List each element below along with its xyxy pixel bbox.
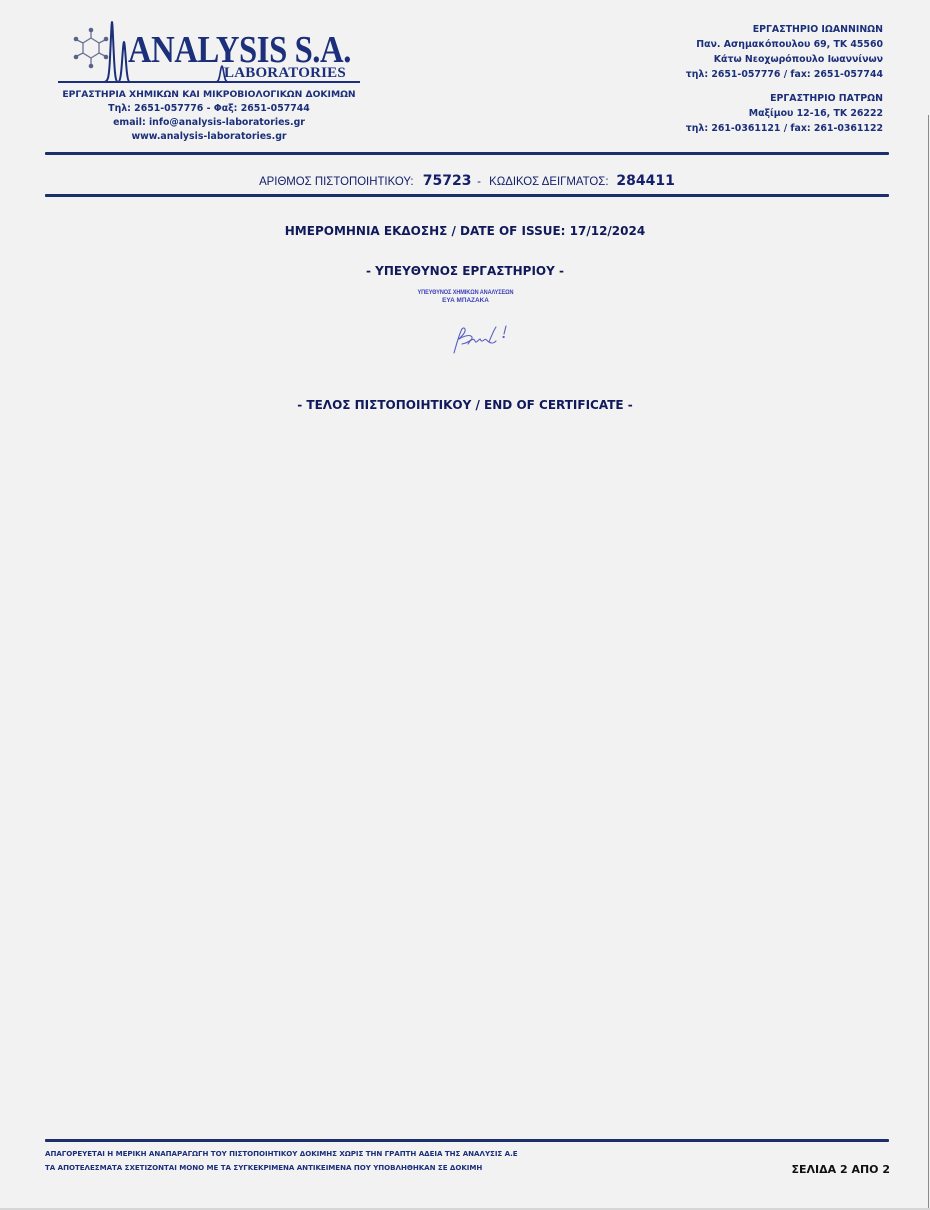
page-indicator: ΣΕΛΙΔΑ 2 ΑΠΟ 2 [791,1163,890,1176]
company-phone-fax: Τηλ: 2651-057776 - Φαξ: 2651-057744 [56,102,362,116]
lab-ioannina-address-line2: Κάτω Νεοχωρόπουλο Ιωαννίνων [686,52,883,67]
certificate-id-line: ΑΡΙΘΜΟΣ ΠΙΣΤΟΠΟΙΗΤΙΚΟΥ: 75723 - ΚΩΔΙΚΟΣ … [0,170,930,189]
certificate-number-value: 75723 [423,173,472,189]
brand-subtitle: LABORATORIES [224,65,346,82]
company-contact-info: ΕΡΓΑΣΤΗΡΙΑ ΧΗΜΙΚΩΝ ΚΑΙ ΜΙΚΡΟΒΙΟΛΟΓΙΚΩΝ Δ… [56,88,362,144]
header-divider-top [45,152,889,155]
end-of-certificate: - ΤΕΛΟΣ ΠΙΣΤΟΠΟΙΗΤΙΚΟΥ / END OF CERTIFIC… [0,398,930,412]
handwritten-signature-icon [444,322,524,356]
stamp-name: ΕΥΑ ΜΠΑΖΑΚΑ [393,297,538,305]
sample-code-value: 284411 [616,173,674,189]
lab-ioannina-name: ΕΡΓΑΣΤΗΡΙΟ ΙΩΑΝΝΙΝΩΝ [686,22,883,37]
footer-notice-line1: ΑΠΑΓΟΡΕΥΕΤΑΙ Η ΜΕΡΙΚΗ ΑΝΑΠΑΡΑΓΩΓΗ ΤΟΥ ΠΙ… [45,1147,518,1161]
footer-notice-line2: ΤΑ ΑΠΟΤΕΛΕΣΜΑΤΑ ΣΧΕΤΙΖΟΝΤΑΙ ΜΟΝΟ ΜΕ ΤΑ Σ… [45,1161,518,1175]
lab-addresses: ΕΡΓΑΣΤΗΡΙΟ ΙΩΑΝΝΙΝΩΝ Παν. Ασημακόπουλου … [686,22,883,136]
lab-ioannina-contact: τηλ: 2651-057776 / fax: 2651-057744 [686,67,883,82]
footer-divider [45,1139,889,1142]
header-divider-bottom [45,194,889,197]
page-edge [928,115,929,1208]
lab-patras-address-line1: Μαξίμου 12-16, ΤΚ 26222 [686,106,883,121]
lab-patras-name: ΕΡΓΑΣΤΗΡΙΟ ΠΑΤΡΩΝ [686,91,883,106]
certificate-separator: - [477,174,481,188]
company-website[interactable]: www.analysis-laboratories.gr [56,130,362,144]
company-logo-block: ANALYSIS S.A. LABORATORIES ΕΡΓΑΣΤΗΡΙΑ ΧΗ… [56,18,362,148]
official-stamp: ΥΠΕΥΘΥΝΟΣ ΧΗΜΙΚΩΝ ΑΝΑΛΥΣΕΩΝ ΕΥΑ ΜΠΑΖΑΚΑ [393,289,538,305]
lab-ioannina-address-line1: Παν. Ασημακόπουλου 69, ΤΚ 45560 [686,37,883,52]
company-email[interactable]: email: info@analysis-laboratories.gr [56,116,362,130]
lab-responsible-heading: - ΥΠΕΥΘΥΝΟΣ ΕΡΓΑΣΤΗΡΙΟΥ - [0,264,930,278]
certificate-number-label: ΑΡΙΘΜΟΣ ΠΙΣΤΟΠΟΙΗΤΙΚΟΥ: [259,174,413,188]
issue-date: ΗΜΕΡΟΜΗΝΙΑ ΕΚΔΟΣΗΣ / DATE OF ISSUE: 17/1… [0,224,930,238]
company-tagline: ΕΡΓΑΣΤΗΡΙΑ ΧΗΜΙΚΩΝ ΚΑΙ ΜΙΚΡΟΒΙΟΛΟΓΙΚΩΝ Δ… [56,88,362,102]
spacer [686,82,883,91]
sample-code-label: ΚΩΔΙΚΟΣ ΔΕΙΓΜΑΤΟΣ: [489,174,608,188]
footer-notice: ΑΠΑΓΟΡΕΥΕΤΑΙ Η ΜΕΡΙΚΗ ΑΝΑΠΑΡΑΓΩΓΗ ΤΟΥ ΠΙ… [45,1147,518,1175]
lab-patras-contact: τηλ: 261-0361121 / fax: 261-0361122 [686,121,883,136]
stamp-title: ΥΠΕΥΘΥΝΟΣ ΧΗΜΙΚΩΝ ΑΝΑΛΥΣΕΩΝ [400,289,531,297]
